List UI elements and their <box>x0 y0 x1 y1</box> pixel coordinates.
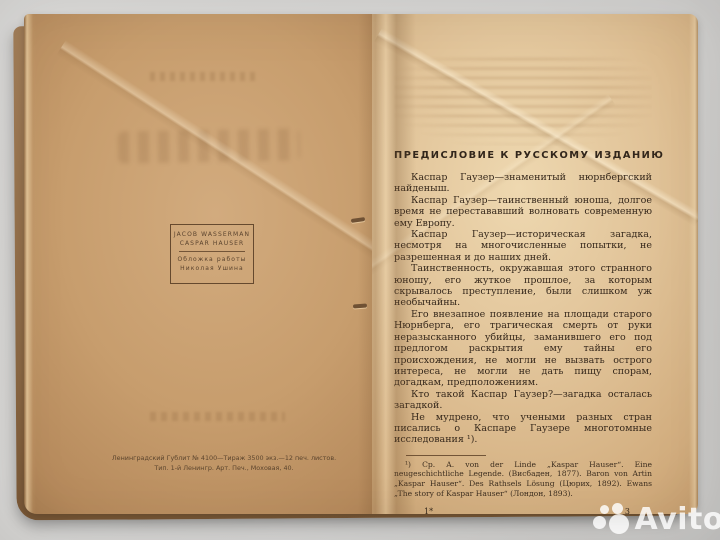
preface-paragraph: Его внезапное появление на площади старо… <box>394 309 652 389</box>
preface-paragraph: Каспар Гаузер—историческая загадка, несм… <box>394 229 652 263</box>
open-book: JACOB WASSERMAN CASPAR HAUSER Обложка ра… <box>24 14 698 514</box>
stamp-box: JACOB WASSERMAN CASPAR HAUSER Обложка ра… <box>170 224 254 284</box>
stamp-divider <box>179 251 245 252</box>
footnote: ¹) Ср. A. von der Linde „Kaspar Hauser“.… <box>394 460 652 498</box>
showthrough-smudge <box>150 412 285 421</box>
signature-mark: 1* <box>424 507 433 514</box>
stamp-cover-credit: Николая Ушина <box>173 264 251 273</box>
book-photo: JACOB WASSERMAN CASPAR HAUSER Обложка ра… <box>0 0 720 540</box>
preface-paragraph: Каспар Гаузер—таинственный юноша, долгое… <box>394 195 652 229</box>
preface-paragraph: Таинственность, окружавшая этого странно… <box>394 263 652 309</box>
stamp-cover-credit: Обложка работы <box>173 255 251 264</box>
right-page: ПРЕДИСЛОВИЕ К РУССКОМУ ИЗДАНИЮ Каспар Га… <box>372 14 698 514</box>
preface-paragraph: Не мудрено, что учеными разных стран пис… <box>394 412 652 446</box>
footnote-rule <box>406 455 486 456</box>
stamp-title: CASPAR HAUSER <box>173 239 251 248</box>
preface-paragraph: Кто такой Каспар Гаузер?—загадка осталас… <box>394 389 652 412</box>
showthrough-text-smudge <box>394 54 652 146</box>
showthrough-smudge <box>150 72 255 81</box>
preface-heading: ПРЕДИСЛОВИЕ К РУССКОМУ ИЗДАНИЮ <box>394 150 652 161</box>
avito-watermark-text: Avito <box>635 503 720 536</box>
printers-imprint: Ленинградский Гублит № 4100—Тираж 3500 э… <box>97 454 351 473</box>
avito-watermark: Avito <box>593 503 720 536</box>
stamp-author: JACOB WASSERMAN <box>173 230 251 239</box>
preface-text-block: ПРЕДИСЛОВИЕ К РУССКОМУ ИЗДАНИЮ Каспар Га… <box>394 150 652 514</box>
left-page: JACOB WASSERMAN CASPAR HAUSER Обложка ра… <box>24 14 372 514</box>
showthrough-title-smudge <box>118 128 301 163</box>
avito-logo-icon <box>593 503 630 536</box>
preface-paragraph: Каспар Гаузер—знаменитый нюрнбергский на… <box>394 172 652 195</box>
imprint-line: Ленинградский Гублит № 4100—Тираж 3500 э… <box>97 454 351 464</box>
imprint-line: Тип. 1-й Ленингр. Арт. Печ., Моховая, 40… <box>97 464 351 474</box>
